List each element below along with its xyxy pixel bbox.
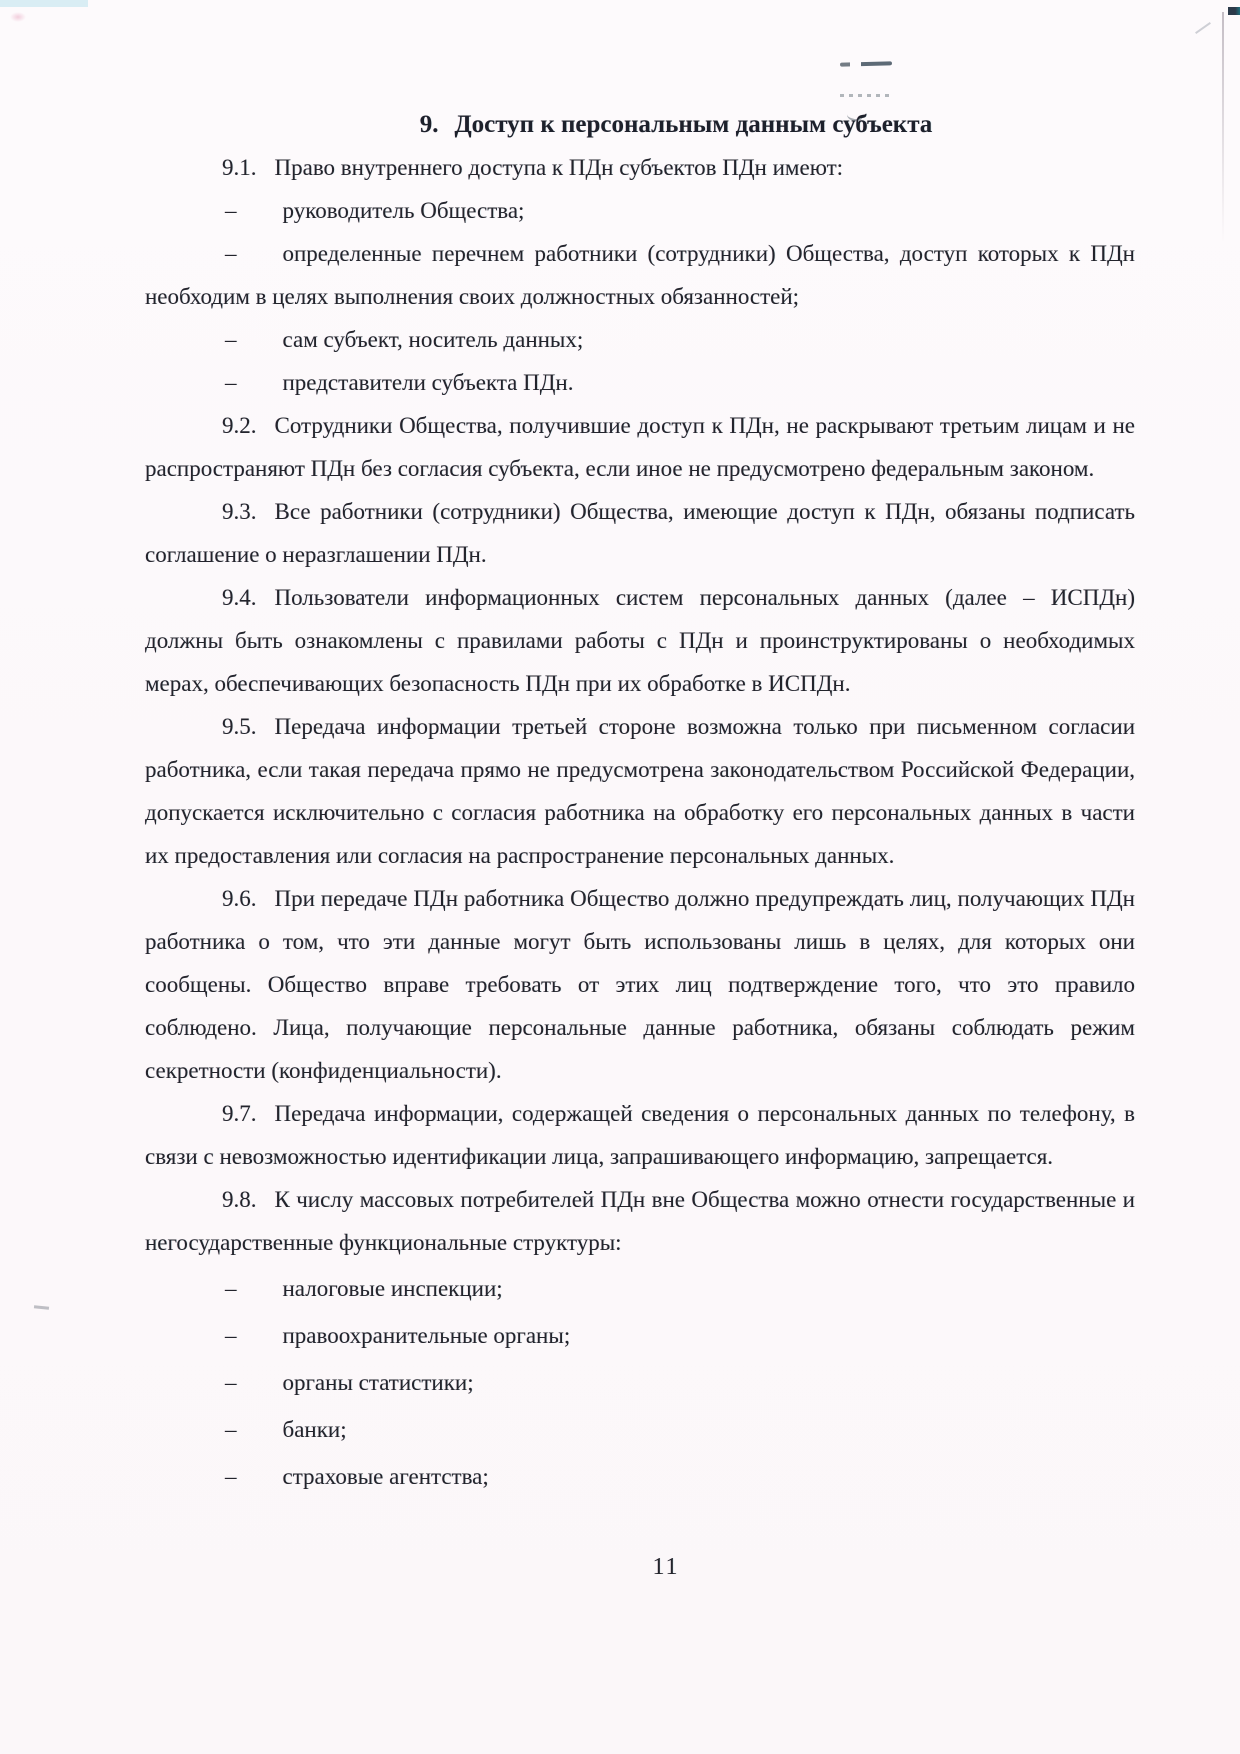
bullet-marker: – (225, 327, 237, 352)
list-item-text: представители субъекта ПДн. (283, 370, 574, 395)
bullet-marker: – (225, 1276, 237, 1301)
bullet-marker: – (225, 1370, 237, 1395)
paragraph-text: Передача информации, содержащей сведения… (145, 1101, 1135, 1169)
paragraph-text: Пользователи информационных систем персо… (145, 585, 1135, 696)
section-title: Доступ к персональным данным субъекта (454, 111, 932, 138)
paragraph-number: 9.1. (222, 155, 257, 180)
paragraph-text: Все работники (сотрудники) Общества, име… (145, 499, 1135, 567)
paragraph-9-8: 9.8.К числу массовых потребителей ПДн вн… (145, 1178, 1135, 1264)
paragraph-text: Передача информации третьей стороне возм… (145, 714, 1135, 868)
list-item: –органы статистики; (145, 1360, 1135, 1405)
scan-artifact-pencil-dashes (840, 61, 892, 66)
list-item: –определенные перечнем работники (сотруд… (145, 232, 1135, 318)
paragraph-number: 9.6. (222, 886, 257, 911)
scan-artifact-pencil-dots (840, 94, 890, 97)
list-item-text: определенные перечнем работники (сотрудн… (145, 241, 1135, 309)
paragraph-9-4: 9.4.Пользователи информационных систем п… (145, 576, 1135, 705)
paragraph-number: 9.7. (222, 1101, 257, 1126)
list-item-text: органы статистики; (283, 1370, 474, 1395)
list-item: –представители субъекта ПДн. (145, 361, 1135, 404)
list-item: –страховые агентства; (145, 1454, 1135, 1499)
bullet-marker: – (225, 241, 237, 266)
document-body: 9.Доступ к персональным данным субъекта … (145, 103, 1135, 1589)
list-item-text: банки; (283, 1417, 347, 1442)
list-item-text: налоговые инспекции; (283, 1276, 503, 1301)
scan-artifact-top-strip (0, 0, 88, 7)
paragraph-9-6: 9.6.При передаче ПДн работника Общество … (145, 877, 1135, 1092)
bullet-marker: – (225, 1464, 237, 1489)
paragraph-9-5: 9.5.Передача информации третьей стороне … (145, 705, 1135, 877)
paragraph-9-2: 9.2.Сотрудники Общества, получившие дост… (145, 404, 1135, 490)
bullet-marker: – (225, 370, 237, 395)
list-item: –сам субъект, носитель данных; (145, 318, 1135, 361)
paragraph-text: Сотрудники Общества, получившие доступ к… (145, 413, 1135, 481)
section-number: 9. (420, 111, 439, 138)
scan-artifact-pink-speck (10, 12, 26, 22)
bullet-marker: – (225, 198, 237, 223)
bullet-marker: – (225, 1323, 237, 1348)
paragraph-text: При передаче ПДн работника Общество долж… (145, 886, 1135, 1083)
consumers-list: –налоговые инспекции; –правоохранительны… (145, 1266, 1135, 1499)
scan-artifact-corner-mark (1228, 7, 1240, 15)
list-item: –банки; (145, 1407, 1135, 1452)
paragraph-text: К числу массовых потребителей ПДн вне Об… (145, 1187, 1135, 1255)
scan-artifact-check-mark (1195, 22, 1211, 34)
paragraph-number: 9.3. (222, 499, 257, 524)
scan-artifact-page-edge (1222, 12, 1224, 242)
section-heading: 9.Доступ к персональным данным субъекта (181, 103, 1171, 146)
paragraph-number: 9.8. (222, 1187, 257, 1212)
scan-artifact-margin-dash (34, 1305, 49, 1310)
paragraph-text: Право внутреннего доступа к ПДн субъекто… (275, 155, 844, 180)
scanned-document-page: 9.Доступ к персональным данным субъекта … (0, 0, 1240, 1754)
list-item: –налоговые инспекции; (145, 1266, 1135, 1311)
list-item-text: сам субъект, носитель данных; (283, 327, 584, 352)
paragraph-9-3: 9.3.Все работники (сотрудники) Общества,… (145, 490, 1135, 576)
paragraph-number: 9.2. (222, 413, 257, 438)
list-item-text: правоохранительные органы; (283, 1323, 571, 1348)
list-item-text: страховые агентства; (283, 1464, 489, 1489)
list-item: –правоохранительные органы; (145, 1313, 1135, 1358)
list-item: –руководитель Общества; (145, 189, 1135, 232)
list-item-text: руководитель Общества; (283, 198, 525, 223)
bullet-marker: – (225, 1417, 237, 1442)
paragraph-9-1: 9.1.Право внутреннего доступа к ПДн субъ… (145, 146, 1135, 189)
paragraph-number: 9.5. (222, 714, 257, 739)
page-number: 11 (171, 1546, 1161, 1589)
paragraph-9-7: 9.7.Передача информации, содержащей свед… (145, 1092, 1135, 1178)
paragraph-number: 9.4. (222, 585, 257, 610)
